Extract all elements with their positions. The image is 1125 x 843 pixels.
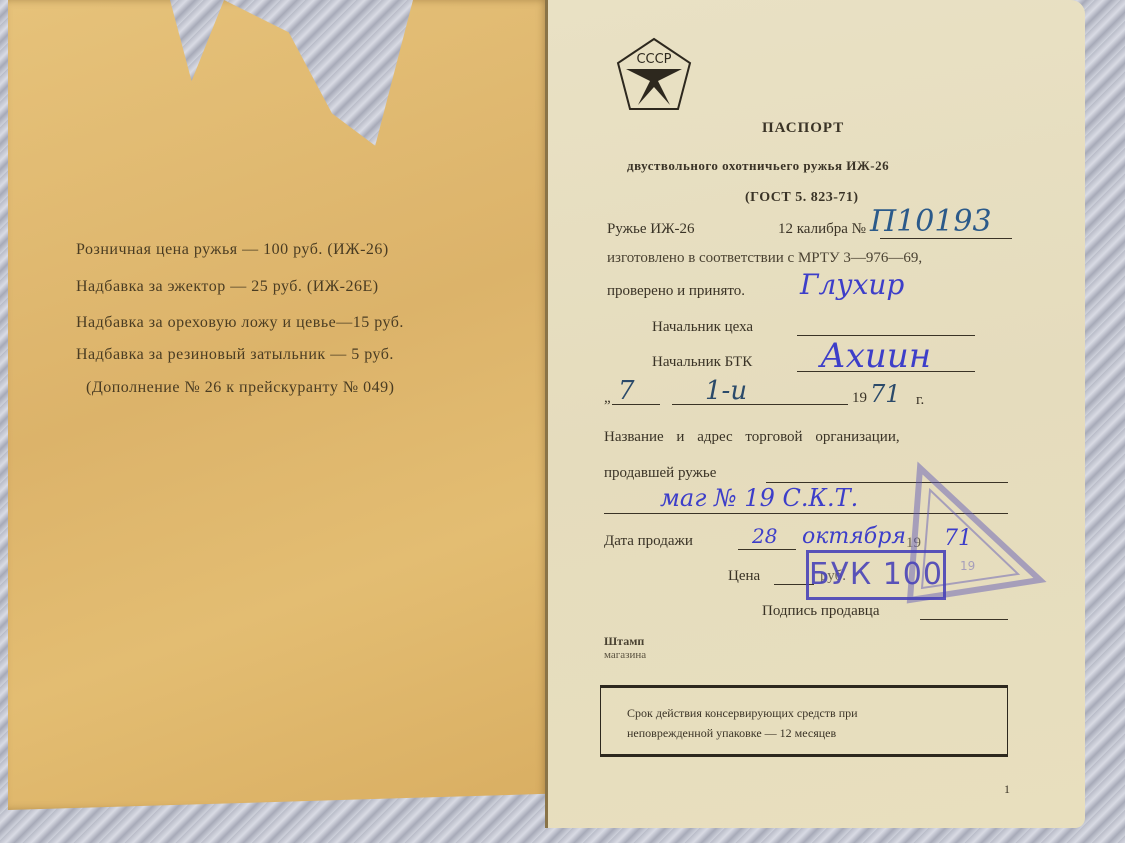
store-stamp-label: Штамп (604, 634, 644, 649)
accepted-label: проверено и принято. (607, 283, 745, 300)
ussr-quality-mark-icon: СССР (614, 35, 694, 115)
shop-chief-label: Начальник цеха (652, 319, 753, 336)
date-month-underline (672, 404, 848, 405)
sold-by-label: продавшей ружье (604, 465, 716, 482)
manufactured-standard-line: изготовлено в соответствии с МРТУ 3—976—… (607, 250, 922, 267)
ejector-surcharge-line: Надбавка за эжектор — 25 руб. (ИЖ-26Е) (76, 278, 379, 296)
date-month-handwritten: 1-и (705, 376, 747, 406)
svg-text:СССР: СССР (636, 52, 671, 67)
walnut-stock-surcharge-line: Надбавка за ореховую ложу и цевье—15 руб… (76, 314, 404, 332)
rubber-buttpad-surcharge-line: Надбавка за резиновый затыльник — 5 руб. (76, 346, 394, 364)
preservation-notice-box: Срок действия консервирующих средств при… (600, 685, 1008, 757)
date-day-handwritten: 7 (618, 376, 635, 406)
sale-day-handwritten: 28 (752, 524, 777, 548)
shop-name-handwritten: маг № 19 С.К.Т. (660, 484, 858, 512)
price-label: Цена (728, 568, 760, 585)
sale-date-label: Дата продажи (604, 533, 693, 550)
store-stamp-label-2: магазина (604, 649, 646, 661)
sale-day-underline (738, 549, 796, 550)
notice-line-1: Срок действия консервирующих средств при (627, 706, 858, 721)
date-year-suffix: г. (916, 392, 924, 409)
left-page (8, 0, 548, 810)
price-stamp: БУК 100 (806, 550, 946, 600)
caliber-label: 12 калибра № (778, 221, 866, 238)
btk-signature: Ахиин (820, 336, 931, 376)
document-subtitle: двуствольного охотничьего ружья ИЖ-26 (627, 158, 889, 174)
acceptance-signature: Глухир (800, 268, 904, 301)
seller-signature-label: Подпись продавца (762, 603, 880, 620)
trade-organization-label: Название и адрес торговой организации, (604, 429, 900, 446)
svg-text:19: 19 (960, 559, 975, 573)
gun-model-label: Ружье ИЖ-26 (607, 221, 695, 238)
date-open-quote: „ (604, 390, 611, 407)
price-list-supplement-line: (Дополнение № 26 к прейскуранту № 049) (86, 379, 394, 397)
sale-month-handwritten: октября (802, 524, 906, 549)
document-title: ПАСПОРТ (762, 120, 844, 137)
page-number: 1 (1004, 782, 1010, 797)
date-year-handwritten: 71 (870, 380, 901, 408)
retail-price-line: Розничная цена ружья — 100 руб. (ИЖ-26) (76, 241, 389, 259)
date-year-prefix: 19 (852, 390, 867, 407)
seller-signature-underline (920, 619, 1008, 620)
gost-reference: (ГОСТ 5. 823-71) (745, 190, 859, 206)
notice-line-2: неповрежденной упаковке — 12 месяцев (627, 726, 836, 741)
btk-chief-label: Начальник БТК (652, 354, 752, 371)
serial-number-handwritten: П10193 (870, 204, 992, 239)
